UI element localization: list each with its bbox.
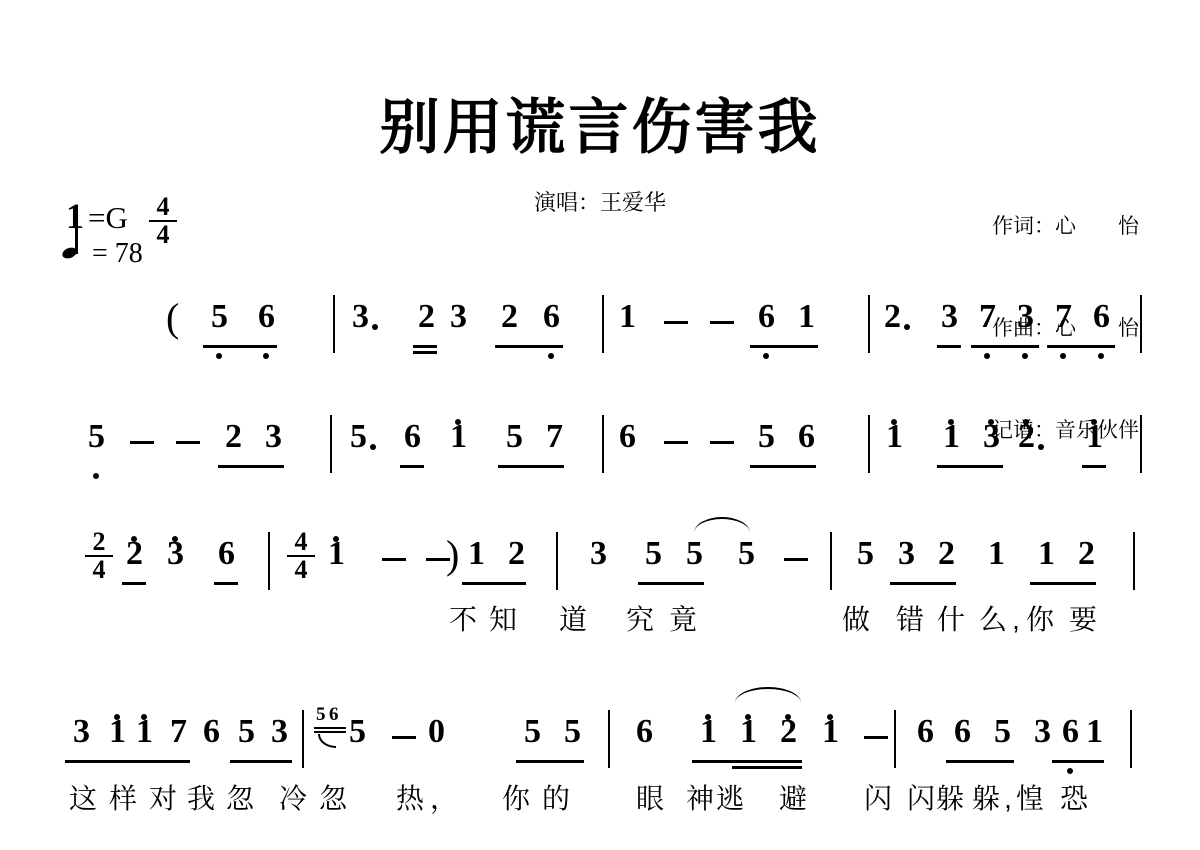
note-digit: 1 (109, 715, 126, 749)
ts-denominator: 4 (286, 559, 316, 581)
note-digit: 3 (73, 715, 90, 749)
note-digit: 1 (798, 300, 815, 334)
note-digit: 5 (524, 715, 541, 749)
lyric-char: 闪 (864, 783, 892, 815)
note-digit: 7 (979, 300, 996, 334)
time-signature: 44 (286, 531, 316, 581)
grace-note-digit: 5 (316, 705, 326, 724)
note-digit: 2 (126, 537, 143, 571)
note-digit: 5 (238, 715, 255, 749)
duration-dot (370, 444, 376, 450)
beam-underline (516, 760, 584, 763)
note-digit: 6 (619, 420, 636, 454)
lyric-char: 的 (542, 783, 570, 815)
beam-underline (122, 582, 146, 585)
beam-underline (937, 345, 961, 348)
beam-underline (65, 760, 129, 763)
note-digit: 1 (619, 300, 636, 334)
beam-underline (1030, 582, 1096, 585)
note-digit: 6 (636, 715, 653, 749)
lyric-char: 不 (449, 604, 477, 636)
note-digit: 3 (271, 715, 288, 749)
beam-underline (462, 582, 526, 585)
duration-dash (664, 321, 688, 324)
octave-dot-above (131, 536, 137, 542)
lyric-char: 这 (69, 783, 97, 815)
octave-dot-above (827, 714, 833, 720)
note-digit: 3 (450, 300, 467, 334)
barline (830, 532, 832, 590)
lyric-char: 什 (937, 604, 965, 636)
beam-underline (128, 760, 190, 763)
octave-dot-above (333, 536, 339, 542)
octave-dot-above (455, 419, 461, 425)
duration-dash (130, 441, 154, 444)
barline (333, 295, 335, 353)
octave-dot-above (948, 419, 954, 425)
note-digit: 1 (136, 715, 153, 749)
beam-underline (692, 760, 802, 763)
beam-underline (937, 465, 1003, 468)
note-digit: 3 (1034, 715, 1051, 749)
note-digit: 2 (1078, 537, 1095, 571)
lyric-char: 究 (626, 604, 654, 636)
note-digit: 6 (203, 715, 220, 749)
note-digit: 3 (983, 420, 1000, 454)
lyric-char: 做 (842, 604, 870, 636)
lyric-char: 道 (559, 604, 587, 636)
note-digit: 3 (898, 537, 915, 571)
lyric-char: 要 (1069, 604, 1097, 636)
octave-dot-above (1023, 419, 1029, 425)
barline (1130, 710, 1132, 768)
barline (330, 415, 332, 473)
octave-dot-below (1067, 768, 1073, 774)
note-digit: 1 (740, 715, 757, 749)
note-digit: 6 (404, 420, 421, 454)
lyric-char: 对 (149, 783, 177, 815)
duration-dash (382, 558, 406, 561)
octave-dot-below (1060, 353, 1066, 359)
note-digit: 5 (738, 537, 755, 571)
beam-underline (495, 345, 563, 348)
note-digit: 7 (1055, 300, 1072, 334)
duration-dash (864, 736, 888, 739)
octave-dot-below (1098, 353, 1104, 359)
note-digit: 0 (428, 715, 445, 749)
octave-dot-above (1091, 419, 1097, 425)
note-digit: 1 (468, 537, 485, 571)
octave-dot-above (745, 714, 751, 720)
note-digit: 6 (758, 300, 775, 334)
lyric-char: 样 (109, 783, 137, 815)
lyric-char: 躲 (972, 783, 1000, 815)
duration-dash (176, 441, 200, 444)
barline (602, 295, 604, 353)
lyric-char: 忽 (319, 783, 347, 815)
note-digit: 7 (546, 420, 563, 454)
note-digit: 1 (700, 715, 717, 749)
lyric-char: 闪 (907, 783, 935, 815)
note-digit: 2 (418, 300, 435, 334)
note-digit: 1 (328, 537, 345, 571)
lyric-char: 么 (979, 604, 1007, 636)
beam-underline (413, 351, 437, 354)
grace-slur (318, 734, 336, 748)
note-digit: 5 (994, 715, 1011, 749)
barline (1133, 532, 1135, 590)
note-digit: 6 (1062, 715, 1079, 749)
duration-dot (1038, 444, 1044, 450)
octave-dot-below (216, 353, 222, 359)
note-digit: 2 (1018, 420, 1035, 454)
lyric-char: ， (430, 783, 458, 815)
note-digit: 1 (450, 420, 467, 454)
grace-note-digit: 6 (329, 705, 339, 724)
note-digit: 1 (886, 420, 903, 454)
beam-underline (638, 582, 704, 585)
note-digit: 5 (564, 715, 581, 749)
lyric-char: 热 (396, 783, 424, 815)
score-canvas: (563232616123737652356157656113212423644… (0, 0, 1200, 850)
tie-arc (694, 517, 750, 533)
note-digit: 5 (686, 537, 703, 571)
sheet-music-page: 别用谎言伤害我 演唱：王爱华 作词：心 怡 作曲：心 怡 记谱：音乐伙伴 1 =… (0, 0, 1200, 850)
note-digit: 3 (590, 537, 607, 571)
duration-dash (710, 441, 734, 444)
beam-underline (413, 345, 437, 348)
lyric-char: 避 (779, 783, 807, 815)
beam-underline (946, 760, 1014, 763)
lyric-char: 你 (1026, 604, 1054, 636)
beam-underline (400, 465, 424, 468)
note-digit: 1 (1038, 537, 1055, 571)
barline (868, 415, 870, 473)
lyric-char: 知 (489, 604, 517, 636)
barline (608, 710, 610, 768)
note-digit: 6 (258, 300, 275, 334)
lyric-char: 逃 (716, 783, 744, 815)
octave-dot-above (891, 419, 897, 425)
note-digit: 5 (211, 300, 228, 334)
ts-numerator: 4 (286, 531, 316, 553)
note-digit: 1 (1086, 420, 1103, 454)
octave-dot-above (705, 714, 711, 720)
barline (602, 415, 604, 473)
note-digit: 1 (943, 420, 960, 454)
note-digit: 5 (506, 420, 523, 454)
octave-dot-below (93, 473, 99, 479)
note-digit: 3 (167, 537, 184, 571)
note-digit: 2 (501, 300, 518, 334)
octave-dot-above (141, 714, 147, 720)
octave-dot-below (548, 353, 554, 359)
barline (1140, 295, 1142, 353)
lyric-char: 忽 (226, 783, 254, 815)
note-digit: 6 (917, 715, 934, 749)
lyric-char: 惶 (1016, 783, 1044, 815)
octave-dot-below (763, 353, 769, 359)
lyric-char: 恐 (1060, 783, 1088, 815)
lyric-char: 神 (686, 783, 714, 815)
note-digit: 6 (543, 300, 560, 334)
note-digit: 5 (645, 537, 662, 571)
lyric-char: 冷 (279, 783, 307, 815)
beam-underline (732, 766, 802, 769)
barline (894, 710, 896, 768)
lyric-char: , (1012, 604, 1020, 636)
grace-underline (314, 727, 346, 729)
note-digit: 2 (508, 537, 525, 571)
beam-underline (1052, 760, 1104, 763)
duration-dash (710, 321, 734, 324)
ts-numerator: 2 (84, 531, 114, 553)
duration-dash (664, 441, 688, 444)
lyric-char: 我 (187, 783, 215, 815)
note-digit: 5 (857, 537, 874, 571)
parenthesis: ( (166, 296, 179, 340)
note-digit: 5 (758, 420, 775, 454)
note-digit: 5 (350, 420, 367, 454)
note-digit: 5 (88, 420, 105, 454)
octave-dot-below (263, 353, 269, 359)
beam-underline (1082, 465, 1106, 468)
octave-dot-below (984, 353, 990, 359)
note-digit: 7 (170, 715, 187, 749)
duration-dot (372, 324, 378, 330)
tie-arc (735, 687, 801, 703)
barline (868, 295, 870, 353)
octave-dot-above (785, 714, 791, 720)
lyric-char: , (1004, 783, 1012, 815)
note-digit: 2 (884, 300, 901, 334)
barline (302, 710, 304, 768)
octave-dot-below (1022, 353, 1028, 359)
octave-dot-above (988, 419, 994, 425)
lyric-char: 你 (502, 783, 530, 815)
duration-dash (392, 736, 416, 739)
grace-underline (314, 731, 346, 733)
lyric-char: 眼 (636, 783, 664, 815)
note-digit: 3 (265, 420, 282, 454)
lyric-char: 竟 (669, 604, 697, 636)
note-digit: 6 (954, 715, 971, 749)
lyric-char: 错 (896, 604, 924, 636)
beam-underline (890, 582, 956, 585)
beam-underline (750, 465, 816, 468)
beam-underline (498, 465, 564, 468)
time-signature: 24 (84, 531, 114, 581)
barline (268, 532, 270, 590)
beam-underline (218, 465, 284, 468)
note-digit: 2 (780, 715, 797, 749)
note-digit: 3 (941, 300, 958, 334)
octave-dot-above (114, 714, 120, 720)
lyric-char: 躲 (936, 783, 964, 815)
barline (1140, 415, 1142, 473)
note-digit: 1 (822, 715, 839, 749)
note-digit: 6 (218, 537, 235, 571)
note-digit: 1 (988, 537, 1005, 571)
duration-dash (784, 558, 808, 561)
parenthesis: ) (446, 533, 459, 577)
note-digit: 2 (938, 537, 955, 571)
beam-underline (230, 760, 292, 763)
note-digit: 6 (798, 420, 815, 454)
beam-underline (203, 345, 277, 348)
note-digit: 2 (225, 420, 242, 454)
duration-dot (904, 324, 910, 330)
beam-underline (214, 582, 238, 585)
ts-denominator: 4 (84, 559, 114, 581)
note-digit: 3 (352, 300, 369, 334)
beam-underline (971, 345, 1039, 348)
note-digit: 3 (1017, 300, 1034, 334)
note-digit: 1 (1086, 715, 1103, 749)
octave-dot-above (172, 536, 178, 542)
beam-underline (1047, 345, 1115, 348)
note-digit: 6 (1093, 300, 1110, 334)
barline (556, 532, 558, 590)
note-digit: 5 (349, 715, 366, 749)
beam-underline (750, 345, 818, 348)
